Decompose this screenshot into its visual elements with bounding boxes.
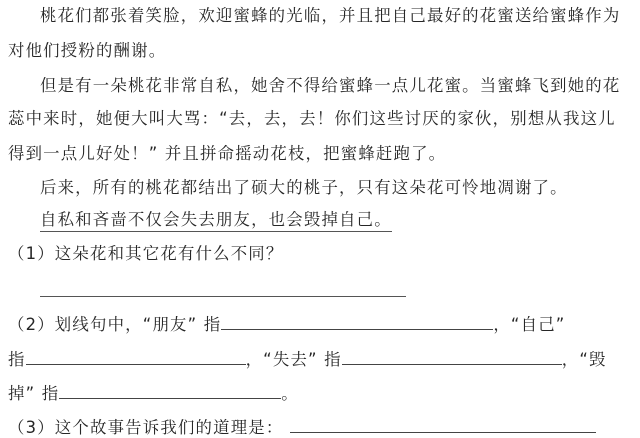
question-1-answer-blank[interactable] [40,296,406,297]
passage-line-4: 蕊中来时，她便大叫大骂：“去，去，去！你们这些讨厌的家伙，别想从我这儿 [8,109,616,129]
passage-line-6: 后来，所有的桃花都结出了硕大的桃子，只有这朵花可怜地凋谢了。 [40,178,568,198]
question-2-sep-3: ，“毁 [562,350,607,369]
underlined-sentence: 自私和吝啬不仅会失去朋友，也会毁掉自己。 [40,210,392,230]
question-2-prefix: （2）划线句中，“朋友” 指 [8,315,221,334]
passage-line-5: 得到一点儿好处！” 并且拼命摇动花枝，把蜜蜂赶跑了。 [8,144,446,164]
question-2-line-3: 掉” 指。 [8,382,299,404]
question-3-answer-blank[interactable] [290,416,596,433]
question-3-label: （3）这个故事告诉我们的道理是： [8,418,284,437]
passage-line-3: 但是有一朵桃花非常自私，她舍不得给蜜蜂一点儿花蜜。当蜜蜂飞到她的花 [40,76,621,96]
question-2-end: 。 [281,384,299,403]
underlined-sentence-text: 自私和吝啬不仅会失去朋友，也会毁掉自己。 [40,210,392,232]
answer-blank-self[interactable] [26,348,246,365]
question-2-line-1: （2）划线句中，“朋友” 指，“自己” [8,313,565,335]
passage-line-1: 桃花们都张着笑脸，欢迎蜜蜂的光临，并且把自己最好的花蜜送给蜜蜂作为 [40,6,621,26]
question-3-line: （3）这个故事告诉我们的道理是： [8,416,596,438]
answer-blank-destroy[interactable] [59,382,281,399]
question-2-line-2: 指，“失去” 指，“毁 [8,348,607,370]
question-2-sep-1: ，“自己” [493,315,565,334]
question-2-sep-2: ，“失去” 指 [246,350,342,369]
passage-line-2: 对他们授粉的酬谢。 [8,41,166,61]
answer-blank-lose[interactable] [342,348,562,365]
answer-blank-friend[interactable] [221,313,493,330]
question-2-line3-prefix: 掉” 指 [8,384,59,403]
question-2-zhi: 指 [8,350,26,369]
question-1-label: （1）这朵花和其它花有什么不同？ [8,244,284,264]
